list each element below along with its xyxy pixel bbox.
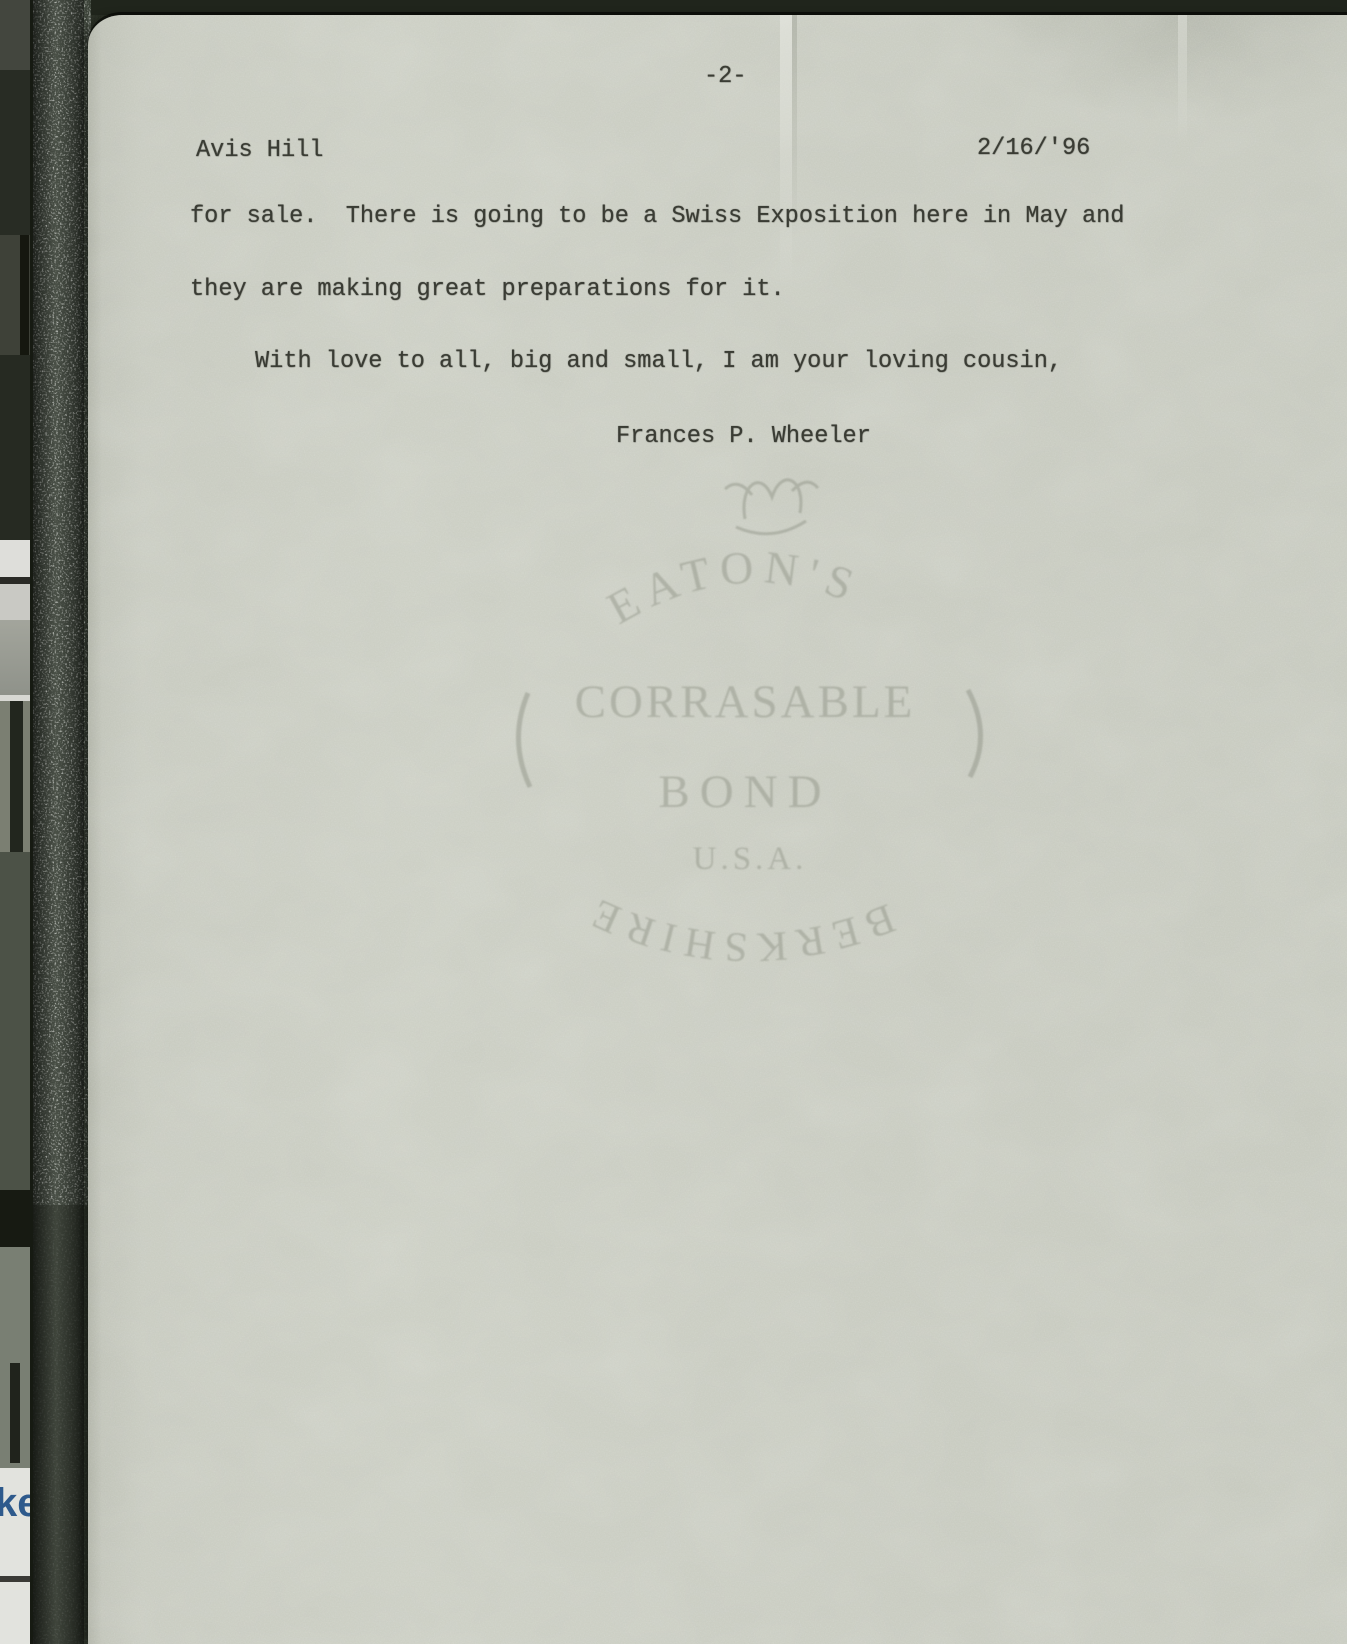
background-patch [0, 577, 30, 584]
paper-crease [780, 15, 792, 290]
background-patch [0, 355, 30, 540]
scanned-letter-page-2: ke -2- Avis Hill 2/ [0, 0, 1347, 1644]
background-patch [0, 70, 30, 235]
seal-left-arc [518, 693, 530, 787]
book-binding-edge [30, 0, 88, 1644]
watermark-line-usa: U.S.A. [693, 841, 808, 877]
paper-mottle-texture [88, 15, 1347, 1644]
paper-crease [1178, 15, 1187, 145]
paper-watermark-seal: EATON'S CORRASABLE BOND U.S.A. BERKSHIRE [500, 455, 1000, 995]
paper-grain-texture [88, 15, 1347, 1644]
watermark-arc-bottom-text: BERKSHIRE [578, 887, 901, 970]
paper-crease [792, 15, 797, 235]
background-patch [0, 540, 30, 577]
background-patch [0, 852, 30, 1190]
background-patch [0, 1190, 30, 1247]
background-line [10, 1363, 20, 1463]
background-patch [0, 0, 30, 70]
background-patch [0, 620, 30, 695]
background-line [0, 1576, 30, 1582]
letter-date: 2/16/'96 [977, 135, 1090, 163]
correspondent-name: Avis Hill [196, 137, 323, 165]
binding-shading [33, 0, 84, 1644]
scanner-background-strip: ke [0, 0, 30, 1644]
seal-right-arc [968, 690, 981, 777]
signature: Frances P. Wheeler [616, 423, 871, 451]
page-number: -2- [704, 63, 746, 91]
body-line: for sale. There is going to be a Swiss E… [190, 203, 1124, 231]
background-patch [0, 584, 30, 620]
background-line [20, 235, 29, 355]
crown-watermark-icon [725, 480, 818, 534]
letter-page: -2- Avis Hill 2/16/'96 for sale. There i… [88, 15, 1347, 1644]
watermark-line-corrasable: CORRASABLE [575, 676, 916, 728]
body-line: they are making great preparations for i… [190, 276, 785, 304]
watermark-arc-top-text: EATON'S [599, 541, 869, 634]
closing-line: With love to all, big and small, I am yo… [255, 348, 1062, 376]
watermark-line-bond: BOND [658, 766, 831, 818]
